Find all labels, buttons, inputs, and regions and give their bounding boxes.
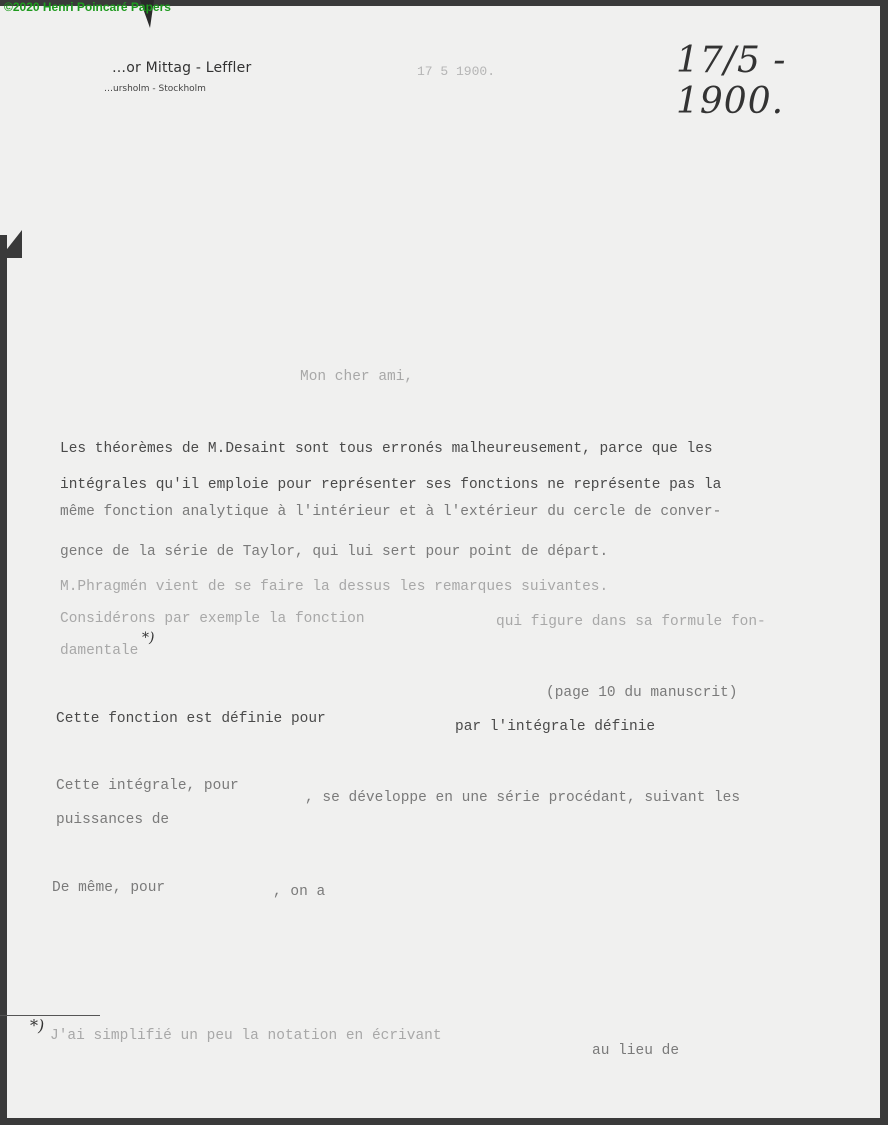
body-line: par l'intégrale définie (455, 719, 655, 735)
body-line: qui figure dans sa formule fon- (496, 614, 766, 630)
body-line: , on a (273, 884, 325, 900)
letter-page (0, 6, 880, 1118)
typed-date: 17 5 1900. (417, 64, 495, 79)
body-line: puissances de (56, 812, 169, 828)
copyright-watermark: ©2020 Henri Poincaré Papers (4, 0, 171, 14)
salutation: Mon cher ami, (300, 369, 413, 385)
letterhead-place: …ursholm - Stockholm (104, 84, 206, 94)
body-line: De même, pour (52, 880, 165, 896)
letterhead-name: …or Mittag - Leffler (112, 60, 251, 76)
footnote-marker: *) (30, 1016, 44, 1035)
body-line: intégrales qu'il emploie pour représente… (60, 477, 721, 493)
body-line: damentale (60, 643, 138, 659)
paper-tear (0, 230, 22, 258)
body-line: Considérons par exemple la fonction (60, 611, 365, 627)
body-line: même fonction analytique à l'intérieur e… (60, 504, 721, 520)
handwritten-date: 17/5 - 1900. (676, 40, 888, 122)
body-line: Cette intégrale, pour (56, 778, 239, 794)
page-reference: (page 10 du manuscrit) (546, 685, 737, 701)
page-edge-shadow (0, 235, 7, 1125)
body-line: Les théorèmes de M.Desaint sont tous err… (60, 441, 713, 457)
body-line: Cette fonction est définie pour (56, 711, 326, 727)
footnote-text: au lieu de (592, 1043, 679, 1059)
body-line: M.Phragmén vient de se faire la dessus l… (60, 579, 608, 595)
body-line: gence de la série de Taylor, qui lui ser… (60, 544, 608, 560)
footnote-rule (0, 1015, 100, 1016)
body-line: , se développe en une série procédant, s… (305, 790, 740, 806)
footnote-text: J'ai simplifié un peu la notation en écr… (50, 1028, 442, 1044)
footnote-ref-marker: *) (142, 630, 154, 646)
